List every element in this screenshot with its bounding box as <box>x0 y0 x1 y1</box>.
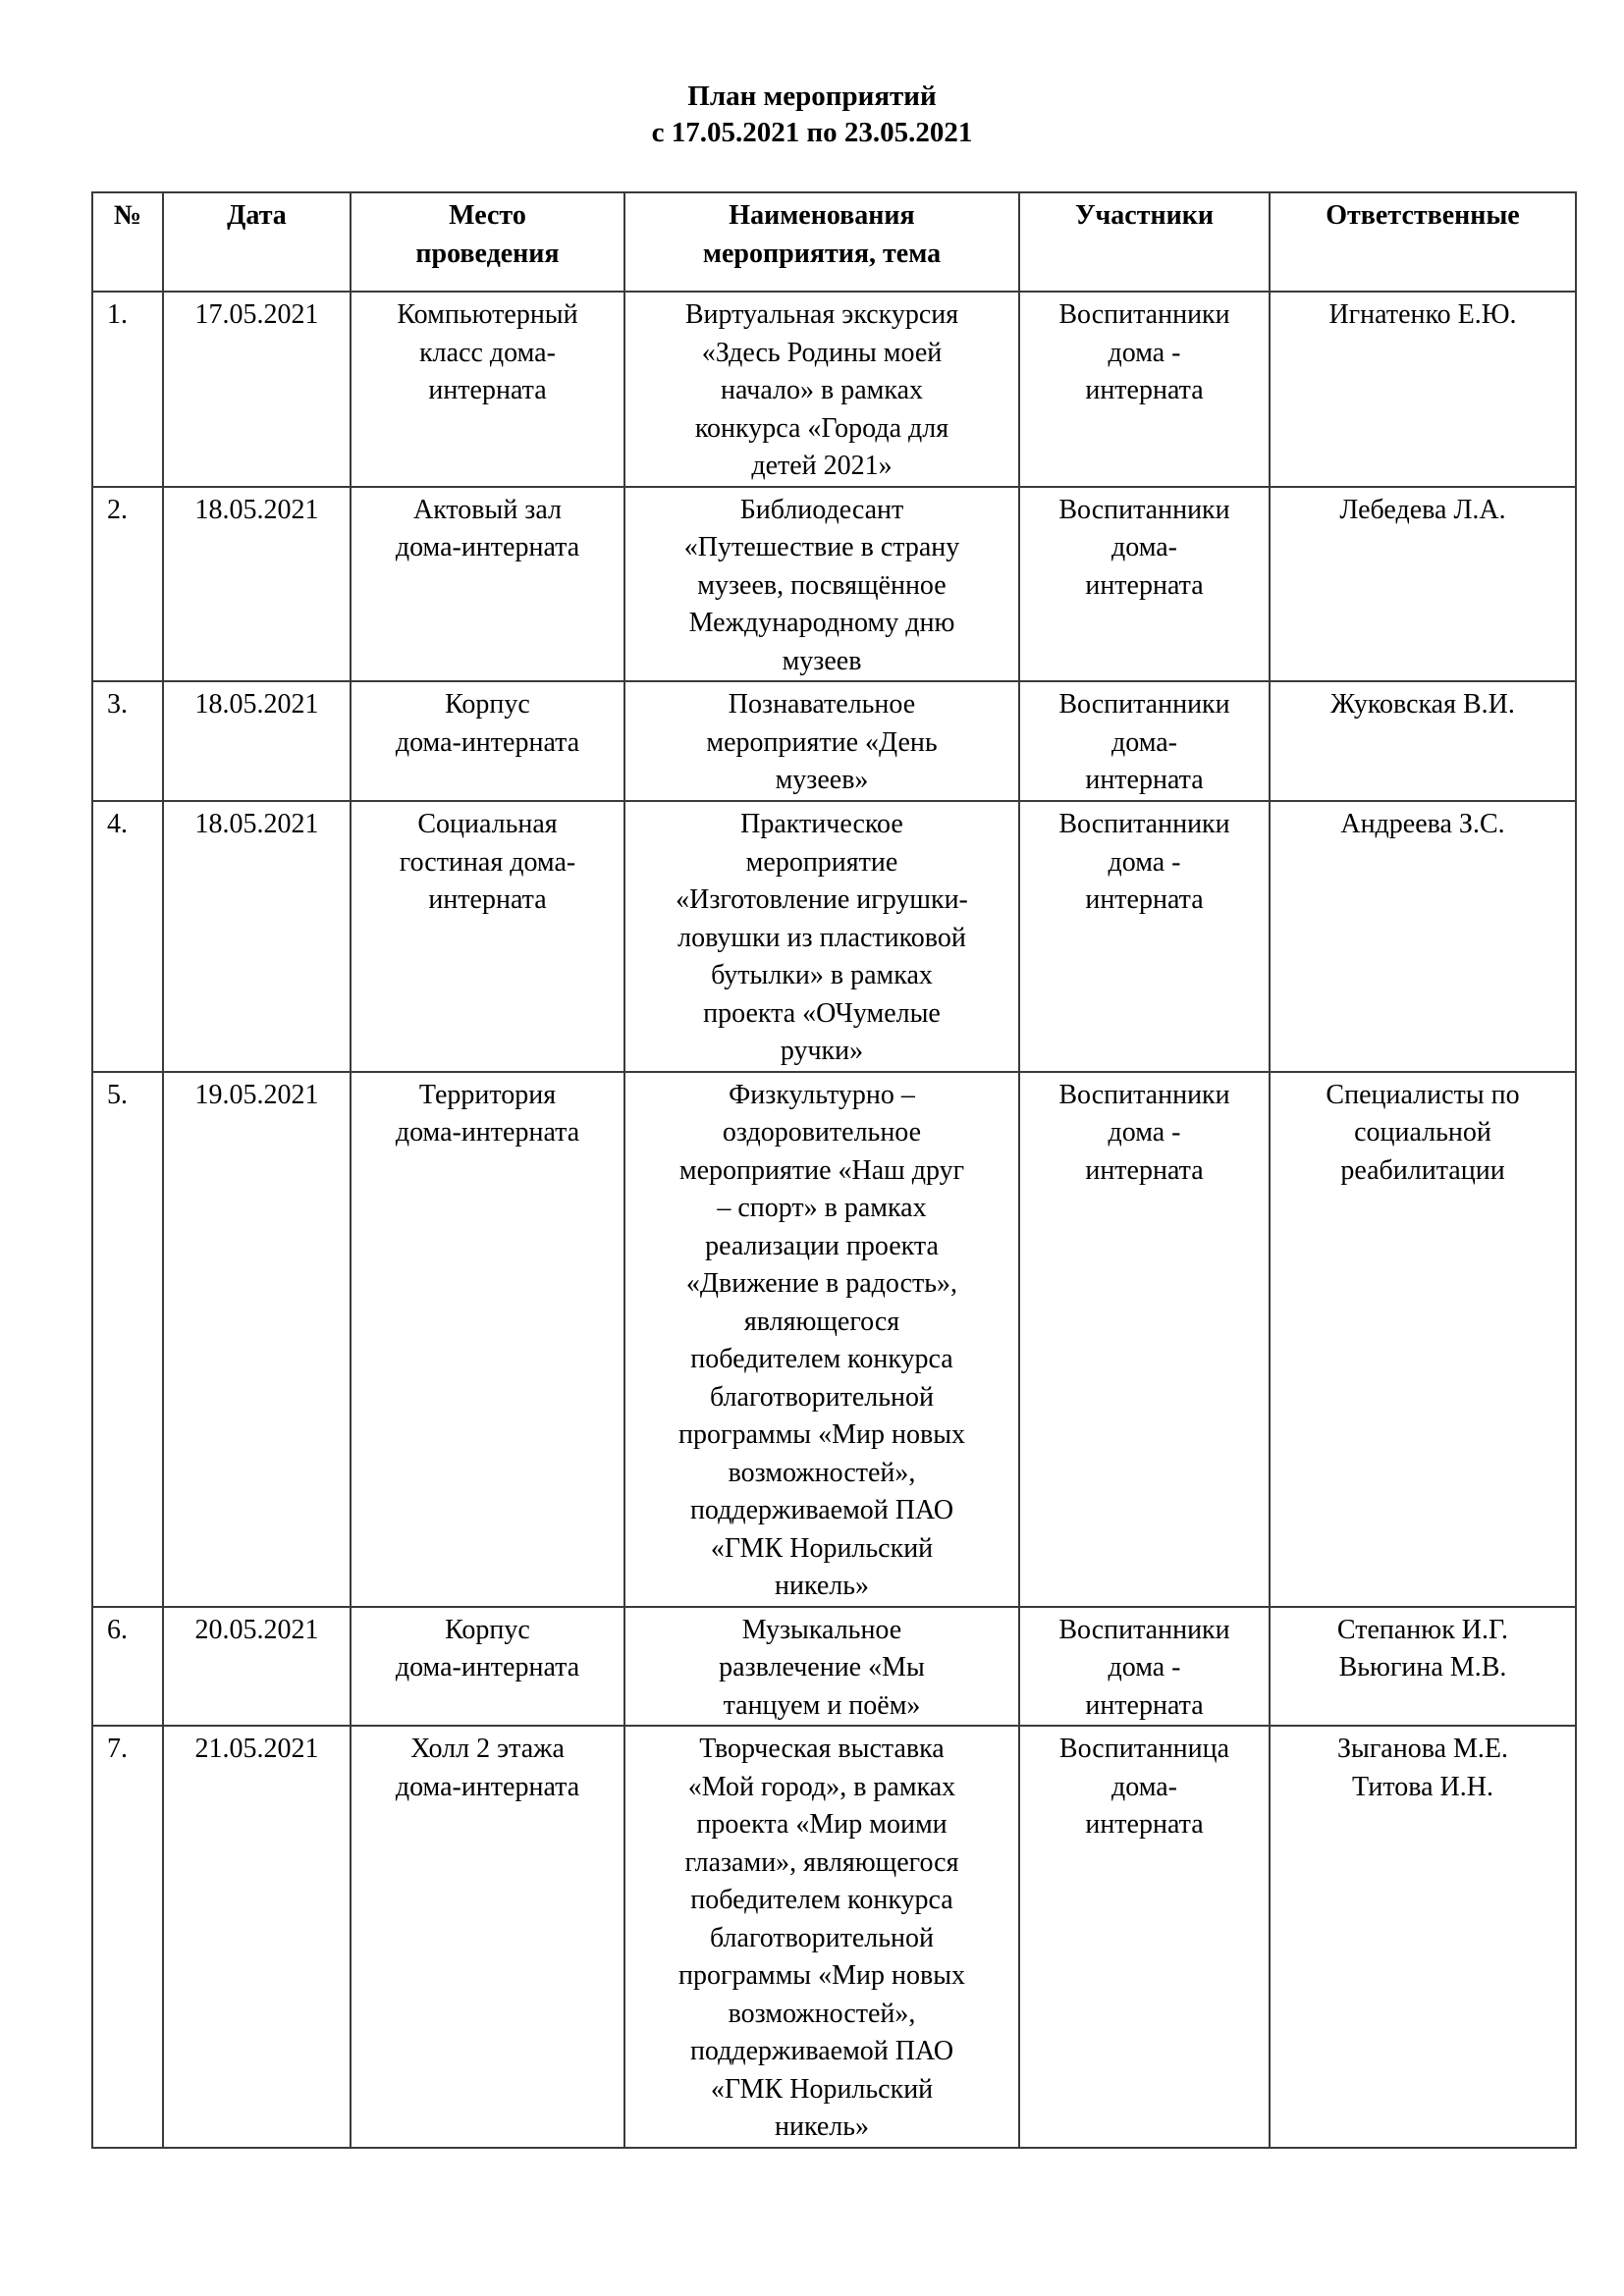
cell-text: 18.05.2021 <box>195 809 319 839</box>
header-text-line: Ответственные <box>1276 197 1569 236</box>
cell-text-line: глазами», являющегося <box>631 1844 1012 1883</box>
cell-responsible: Игнатенко Е.Ю. <box>1270 292 1576 487</box>
cell-text-line: начало» в рамках <box>631 372 1012 410</box>
cell-text-line: интерната <box>1026 1806 1263 1844</box>
cell-text-line: класс дома- <box>357 335 618 373</box>
cell-text: 3. <box>107 689 128 720</box>
cell-text-line: интерната <box>1026 762 1263 800</box>
cell-text-line: дома-интерната <box>357 1649 618 1687</box>
header-text-line: мероприятия, тема <box>631 236 1012 274</box>
cell-number: 4. <box>92 801 163 1072</box>
cell-text-line: программы «Мир новых <box>631 1957 1012 1996</box>
cell-text-line: Познавательное <box>631 686 1012 724</box>
title-line-2: с 17.05.2021 по 23.05.2021 <box>0 115 1624 151</box>
cell-responsible: Зыганова М.Е.Титова И.Н. <box>1270 1726 1576 2148</box>
cell-text-line: победителем конкурса <box>631 1341 1012 1379</box>
cell-text-line: являющегося <box>631 1304 1012 1342</box>
cell-text-line: Музыкальное <box>631 1612 1012 1650</box>
cell-text-line: «Мой город», в рамках <box>631 1769 1012 1807</box>
cell-date: 18.05.2021 <box>163 487 351 682</box>
cell-text-line: возможностей», <box>631 1455 1012 1493</box>
table-row: 3.18.05.2021Корпусдома-интернатаПознават… <box>92 681 1576 801</box>
cell-date: 18.05.2021 <box>163 801 351 1072</box>
cell-text-line: Творческая выставка <box>631 1731 1012 1769</box>
cell-responsible: Жуковская В.И. <box>1270 681 1576 801</box>
cell-text-line: дома - <box>1026 1114 1263 1152</box>
cell-event: Виртуальная экскурсия«Здесь Родины моейн… <box>624 292 1019 487</box>
cell-text-line: интерната <box>357 372 618 410</box>
cell-date: 21.05.2021 <box>163 1726 351 2148</box>
cell-text: 20.05.2021 <box>195 1615 319 1645</box>
cell-text-line: «Изготовление игрушки- <box>631 881 1012 920</box>
cell-number: 7. <box>92 1726 163 2148</box>
cell-text-line: Жуковская В.И. <box>1276 686 1569 724</box>
cell-place: Холл 2 этажадома-интерната <box>351 1726 624 2148</box>
cell-text-line: дома-интерната <box>357 724 618 763</box>
cell-text-line: интерната <box>1026 1687 1263 1726</box>
cell-text-line: ручки» <box>631 1033 1012 1071</box>
cell-event: Творческая выставка«Мой город», в рамках… <box>624 1726 1019 2148</box>
cell-text-line: благотворительной <box>631 1920 1012 1958</box>
cell-text-line: реабилитации <box>1276 1152 1569 1191</box>
table-row: 1.17.05.2021Компьютерныйкласс дома-интер… <box>92 292 1576 487</box>
cell-text-line: Специалисты по <box>1276 1077 1569 1115</box>
cell-text-line: музеев, посвящённое <box>631 567 1012 606</box>
cell-text-line: никель» <box>631 2109 1012 2147</box>
cell-place: Корпусдома-интерната <box>351 1607 624 1727</box>
cell-text: 19.05.2021 <box>195 1080 319 1110</box>
cell-event: Библиодесант«Путешествие в странумузеев,… <box>624 487 1019 682</box>
cell-text: 1. <box>107 299 128 330</box>
cell-text-line: реализации проекта <box>631 1228 1012 1266</box>
cell-text-line: Физкультурно – <box>631 1077 1012 1115</box>
cell-text: 6. <box>107 1615 128 1645</box>
document-title: План мероприятий с 17.05.2021 по 23.05.2… <box>0 79 1624 151</box>
header-event: Наименованиямероприятия, тема <box>624 192 1019 292</box>
cell-number: 5. <box>92 1072 163 1607</box>
cell-date: 18.05.2021 <box>163 681 351 801</box>
header-responsible: Ответственные <box>1270 192 1576 292</box>
cell-text-line: социальной <box>1276 1114 1569 1152</box>
cell-text-line: Вьюгина М.В. <box>1276 1649 1569 1687</box>
cell-number: 6. <box>92 1607 163 1727</box>
events-table: №ДатаМестопроведенияНаименованиямероприя… <box>91 191 1577 2149</box>
cell-text-line: детей 2021» <box>631 448 1012 486</box>
cell-text-line: Воспитанники <box>1026 296 1263 335</box>
cell-text-line: Виртуальная экскурсия <box>631 296 1012 335</box>
cell-text-line: Степанюк И.Г. <box>1276 1612 1569 1650</box>
cell-text-line: дома- <box>1026 529 1263 567</box>
cell-participants: Воспитанникидома-интерната <box>1019 487 1270 682</box>
cell-text-line: Международному дню <box>631 605 1012 643</box>
cell-event: Практическоемероприятие«Изготовление игр… <box>624 801 1019 1072</box>
header-text-line: Наименования <box>631 197 1012 236</box>
cell-place: Корпусдома-интерната <box>351 681 624 801</box>
header-date: Дата <box>163 192 351 292</box>
cell-text-line: музеев» <box>631 762 1012 800</box>
cell-text-line: дома-интерната <box>357 1769 618 1807</box>
cell-text-line: Воспитанники <box>1026 1077 1263 1115</box>
cell-responsible: Специалисты посоциальнойреабилитации <box>1270 1072 1576 1607</box>
cell-text-line: Актовый зал <box>357 492 618 530</box>
cell-text-line: дома - <box>1026 844 1263 882</box>
table-row: 5.19.05.2021Территориядома-интернатаФизк… <box>92 1072 1576 1607</box>
cell-text-line: гостиная дома- <box>357 844 618 882</box>
cell-participants: Воспитанникидома -интерната <box>1019 1607 1270 1727</box>
cell-text-line: оздоровительное <box>631 1114 1012 1152</box>
cell-place: Актовый залдома-интерната <box>351 487 624 682</box>
cell-text-line: возможностей», <box>631 1996 1012 2034</box>
cell-text-line: интерната <box>357 881 618 920</box>
cell-participants: Воспитанникидома -интерната <box>1019 1072 1270 1607</box>
cell-text-line: дома-интерната <box>357 1114 618 1152</box>
cell-event: Физкультурно –оздоровительноемероприятие… <box>624 1072 1019 1607</box>
header-participants: Участники <box>1019 192 1270 292</box>
cell-text-line: интерната <box>1026 567 1263 606</box>
cell-number: 2. <box>92 487 163 682</box>
cell-text: 17.05.2021 <box>195 299 319 330</box>
cell-text-line: дома - <box>1026 335 1263 373</box>
cell-text-line: дома- <box>1026 1769 1263 1807</box>
cell-text-line: благотворительной <box>631 1379 1012 1417</box>
cell-text-line: никель» <box>631 1568 1012 1606</box>
cell-text-line: музеев <box>631 643 1012 681</box>
cell-text: 21.05.2021 <box>195 1734 319 1764</box>
cell-text-line: программы «Мир новых <box>631 1416 1012 1455</box>
cell-text-line: проекта «Мир моими <box>631 1806 1012 1844</box>
cell-text-line: Воспитанники <box>1026 686 1263 724</box>
cell-text-line: Воспитанники <box>1026 492 1263 530</box>
cell-place: Социальнаягостиная дома-интерната <box>351 801 624 1072</box>
cell-event: Музыкальноеразвлечение «Мытанцуем и поём… <box>624 1607 1019 1727</box>
cell-place: Территориядома-интерната <box>351 1072 624 1607</box>
cell-text-line: бутылки» в рамках <box>631 957 1012 995</box>
cell-text-line: проекта «ОЧумелые <box>631 995 1012 1034</box>
cell-text-line: Воспитанница <box>1026 1731 1263 1769</box>
cell-text-line: Корпус <box>357 686 618 724</box>
cell-text-line: дома - <box>1026 1649 1263 1687</box>
cell-text-line: Компьютерный <box>357 296 618 335</box>
cell-text-line: мероприятие «Наш друг <box>631 1152 1012 1191</box>
cell-text-line: интерната <box>1026 1152 1263 1191</box>
cell-text: 18.05.2021 <box>195 495 319 525</box>
header-number: № <box>92 192 163 292</box>
cell-text-line: дома-интерната <box>357 529 618 567</box>
cell-text-line: интерната <box>1026 372 1263 410</box>
header-text-line: № <box>99 197 156 236</box>
cell-text-line: танцуем и поём» <box>631 1687 1012 1726</box>
cell-text-line: поддерживаемой ПАО <box>631 1492 1012 1530</box>
cell-text: 7. <box>107 1734 128 1764</box>
cell-participants: Воспитанницадома-интерната <box>1019 1726 1270 2148</box>
cell-text-line: дома- <box>1026 724 1263 763</box>
cell-responsible: Степанюк И.Г.Вьюгина М.В. <box>1270 1607 1576 1727</box>
cell-text: 4. <box>107 809 128 839</box>
header-place: Местопроведения <box>351 192 624 292</box>
cell-text-line: «ГМК Норильский <box>631 1530 1012 1569</box>
table-body: 1.17.05.2021Компьютерныйкласс дома-интер… <box>92 292 1576 2148</box>
cell-place: Компьютерныйкласс дома-интерната <box>351 292 624 487</box>
cell-text-line: Холл 2 этажа <box>357 1731 618 1769</box>
cell-responsible: Андреева З.С. <box>1270 801 1576 1072</box>
table-row: 7.21.05.2021Холл 2 этажадома-интернатаТв… <box>92 1726 1576 2148</box>
header-text-line: Участники <box>1026 197 1263 236</box>
cell-participants: Воспитанникидома-интерната <box>1019 681 1270 801</box>
cell-text-line: Титова И.Н. <box>1276 1769 1569 1807</box>
cell-text-line: «Здесь Родины моей <box>631 335 1012 373</box>
cell-text-line: Корпус <box>357 1612 618 1650</box>
cell-text-line: победителем конкурса <box>631 1882 1012 1920</box>
cell-participants: Воспитанникидома -интерната <box>1019 292 1270 487</box>
cell-text-line: Практическое <box>631 806 1012 844</box>
cell-text-line: «Путешествие в страну <box>631 529 1012 567</box>
cell-event: Познавательноемероприятие «Деньмузеев» <box>624 681 1019 801</box>
cell-text-line: – спорт» в рамках <box>631 1190 1012 1228</box>
cell-text-line: Андреева З.С. <box>1276 806 1569 844</box>
table-row: 4.18.05.2021Социальнаягостиная дома-инте… <box>92 801 1576 1072</box>
cell-participants: Воспитанникидома -интерната <box>1019 801 1270 1072</box>
cell-number: 1. <box>92 292 163 487</box>
cell-text-line: развлечение «Мы <box>631 1649 1012 1687</box>
cell-text-line: Социальная <box>357 806 618 844</box>
cell-text-line: мероприятие <box>631 844 1012 882</box>
header-text-line: проведения <box>357 236 618 274</box>
cell-text: 18.05.2021 <box>195 689 319 720</box>
cell-text-line: Воспитанники <box>1026 1612 1263 1650</box>
cell-text: 5. <box>107 1080 128 1110</box>
cell-text-line: Воспитанники <box>1026 806 1263 844</box>
cell-text: 2. <box>107 495 128 525</box>
cell-text-line: конкурса «Города для <box>631 410 1012 449</box>
cell-date: 17.05.2021 <box>163 292 351 487</box>
cell-date: 20.05.2021 <box>163 1607 351 1727</box>
table-header-row: №ДатаМестопроведенияНаименованиямероприя… <box>92 192 1576 292</box>
table-row: 6.20.05.2021Корпусдома-интернатаМузыкаль… <box>92 1607 1576 1727</box>
cell-responsible: Лебедева Л.А. <box>1270 487 1576 682</box>
cell-text-line: «Движение в радость», <box>631 1265 1012 1304</box>
cell-text-line: Территория <box>357 1077 618 1115</box>
title-line-1: План мероприятий <box>0 79 1624 115</box>
header-text-line: Место <box>357 197 618 236</box>
cell-text-line: «ГМК Норильский <box>631 2071 1012 2109</box>
cell-text-line: поддерживаемой ПАО <box>631 2033 1012 2071</box>
table-row: 2.18.05.2021Актовый залдома-интернатаБиб… <box>92 487 1576 682</box>
cell-text-line: мероприятие «День <box>631 724 1012 763</box>
cell-text-line: Библиодесант <box>631 492 1012 530</box>
cell-text-line: Игнатенко Е.Ю. <box>1276 296 1569 335</box>
cell-text-line: Зыганова М.Е. <box>1276 1731 1569 1769</box>
cell-date: 19.05.2021 <box>163 1072 351 1607</box>
cell-text-line: ловушки из пластиковой <box>631 920 1012 958</box>
header-text-line: Дата <box>170 197 344 236</box>
cell-text-line: Лебедева Л.А. <box>1276 492 1569 530</box>
cell-number: 3. <box>92 681 163 801</box>
cell-text-line: интерната <box>1026 881 1263 920</box>
